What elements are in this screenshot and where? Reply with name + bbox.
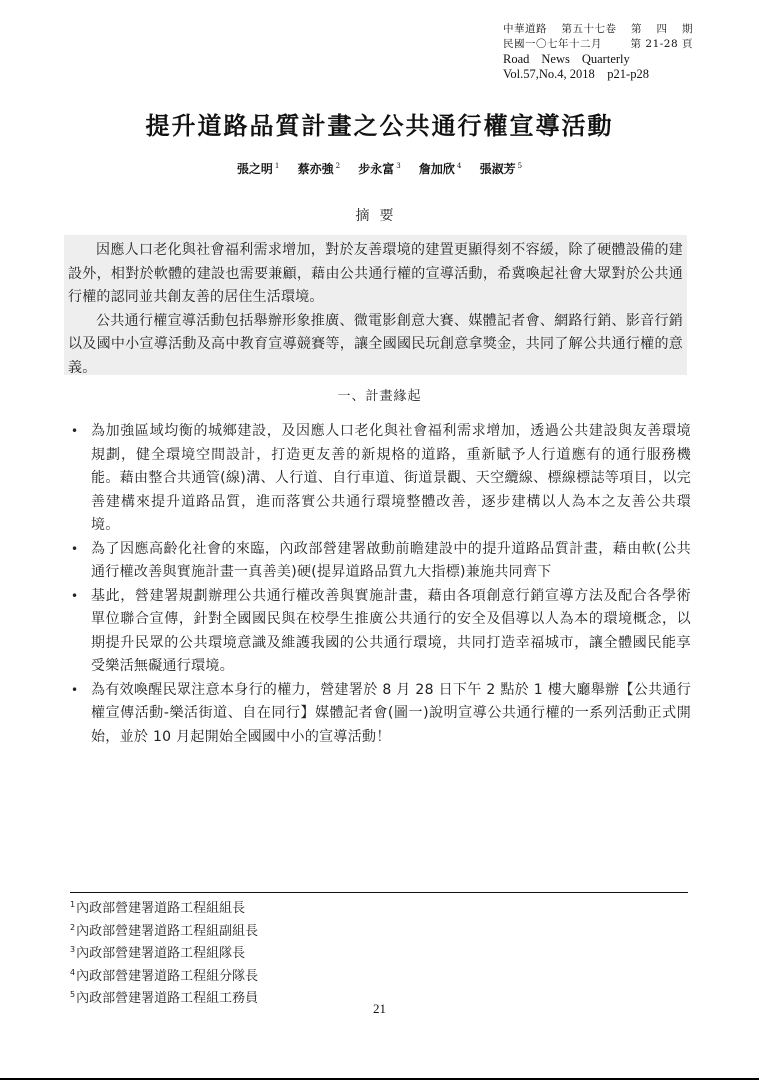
abstract-heading: 摘要 <box>0 205 759 225</box>
author-name: 步永富 <box>358 162 394 176</box>
author: 蔡亦強2 <box>298 162 340 176</box>
abstract-paragraph: 因應人口老化與社會福利需求增加，對於友善環境的建置更顯得刻不容緩，除了硬體設備的… <box>68 239 683 310</box>
journal-issue-prefix: 第 <box>631 22 642 37</box>
author-name: 詹加欣 <box>419 162 455 176</box>
bullet-text: 基此，營建署規劃辦理公共通行權改善與實施計畫，藉由各項創意行銷宣導方法及配合各學… <box>91 588 691 675</box>
footnote-mark: 4 <box>70 968 75 977</box>
footnote-mark: 3 <box>70 945 75 954</box>
author-name: 蔡亦強 <box>298 162 334 176</box>
author: 詹加欣4 <box>419 162 461 176</box>
author-list: 張之明1 蔡亦強2 步永富3 詹加欣4 張淑芳5 <box>0 160 759 177</box>
footnote-mark: 2 <box>70 923 75 932</box>
bullet-icon: • <box>71 420 78 444</box>
bullet-text: 為加強區域均衡的城鄉建設，及因應人口老化與社會福利需求增加，透過公共建設與友善環… <box>91 423 691 533</box>
footnote-mark: 1 <box>70 900 75 909</box>
footnote-text: 內政部營建署道路工程組組長 <box>76 901 245 916</box>
journal-header: 中華道路 第五十七卷 第 四 期 民國一〇七年十二月 第 21-28 頁 Roa… <box>503 22 693 82</box>
journal-issue-line: 中華道路 第五十七卷 第 四 期 <box>503 22 693 37</box>
journal-citation: Vol.57,No.4, 2018 p21-p28 <box>503 67 693 82</box>
journal-citation-text: Vol.57,No.4, 2018 p21-p28 <box>503 67 649 82</box>
bullet-text: 為有效喚醒民眾注意本身行的權力，營建署於 8 月 28 日下午 2 點於 1 樓… <box>91 682 691 745</box>
journal-date-line: 民國一〇七年十二月 第 21-28 頁 <box>503 37 693 52</box>
journal-date: 民國一〇七年十二月 <box>503 37 602 52</box>
author: 張淑芳5 <box>480 162 522 176</box>
bullet-icon: • <box>71 679 78 703</box>
journal-pages: 第 21-28 頁 <box>631 37 693 52</box>
journal-issue-suffix: 期 <box>682 22 693 37</box>
journal-english-word: Quarterly <box>582 52 630 67</box>
footnote: 3內政部營建署道路工程組隊長 <box>70 941 258 964</box>
journal-volume: 第五十七卷 <box>562 22 617 37</box>
footnote-text: 內政部營建署道路工程組副組長 <box>76 924 258 939</box>
journal-name: 中華道路 <box>503 22 547 37</box>
footnote-list: 1內政部營建署道路工程組組長 2內政部營建署道路工程組副組長 3內政部營建署道路… <box>70 896 258 1009</box>
footnote: 1內政部營建署道路工程組組長 <box>70 896 258 919</box>
footnote: 4內政部營建署道路工程組分隊長 <box>70 964 258 987</box>
bullet-item: • 為了因應高齡化社會的來臨，內政部營建署啟動前瞻建設中的提升道路品質計畫，藉由… <box>64 538 691 585</box>
section-heading: 一、計畫緣起 <box>0 385 759 404</box>
footnote-text: 內政部營建署道路工程組隊長 <box>76 946 245 961</box>
page-number: 21 <box>0 1001 759 1017</box>
journal-english-name: Road News Quarterly <box>503 52 693 67</box>
bullet-text: 為了因應高齡化社會的來臨，內政部營建署啟動前瞻建設中的提升道路品質計畫，藉由軟(… <box>91 541 691 581</box>
footnote-mark: 5 <box>70 990 75 999</box>
bullet-icon: • <box>71 538 78 562</box>
author: 步永富3 <box>358 162 400 176</box>
footnote-mark: 5 <box>518 162 522 170</box>
author-name: 張淑芳 <box>480 162 516 176</box>
footnote-divider <box>70 892 688 893</box>
bullet-icon: • <box>71 585 78 609</box>
footnote: 2內政部營建署道路工程組副組長 <box>70 919 258 942</box>
journal-issue-number: 四 <box>657 22 668 37</box>
bullet-list: • 為加強區域均衡的城鄉建設，及因應人口老化與社會福利需求增加，透過公共建設與友… <box>64 420 691 749</box>
journal-english-word: News <box>541 52 569 67</box>
footnote-mark: 1 <box>275 162 279 170</box>
journal-english-word: Road <box>503 52 529 67</box>
footnote-mark: 4 <box>457 162 461 170</box>
footnote-mark: 3 <box>396 162 400 170</box>
author-name: 張之明 <box>237 162 273 176</box>
paper-title: 提升道路品質計畫之公共通行權宣導活動 <box>0 106 759 141</box>
bullet-item: • 基此，營建署規劃辦理公共通行權改善與實施計畫，藉由各項創意行銷宣導方法及配合… <box>64 585 691 679</box>
bullet-item: • 為加強區域均衡的城鄉建設，及因應人口老化與社會福利需求增加，透過公共建設與友… <box>64 420 691 538</box>
document-page: 中華道路 第五十七卷 第 四 期 民國一〇七年十二月 第 21-28 頁 Roa… <box>0 0 759 1080</box>
bullet-item: • 為有效喚醒民眾注意本身行的權力，營建署於 8 月 28 日下午 2 點於 1… <box>64 679 691 750</box>
abstract-paragraph: 公共通行權宣導活動包括舉辦形象推廣、微電影創意大賽、媒體記者會、網路行銷、影音行… <box>68 310 683 381</box>
footnote-mark: 2 <box>336 162 340 170</box>
author: 張之明1 <box>237 162 279 176</box>
footnote-text: 內政部營建署道路工程組分隊長 <box>76 969 258 984</box>
abstract-box: 因應人口老化與社會福利需求增加，對於友善環境的建置更顯得刻不容緩，除了硬體設備的… <box>64 235 687 375</box>
